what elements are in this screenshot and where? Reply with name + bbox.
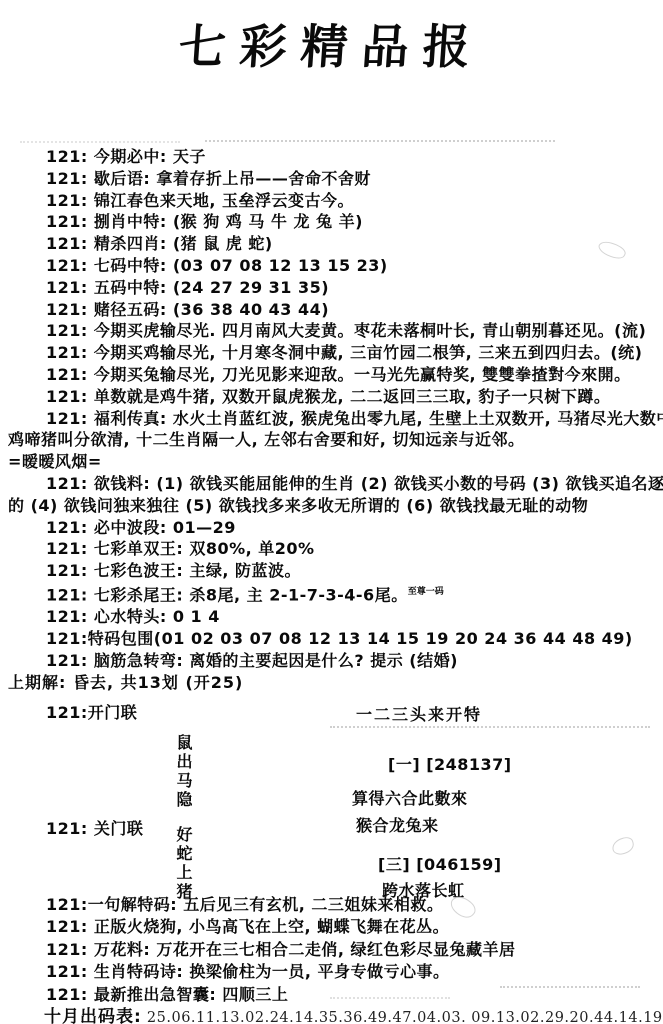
tip-line: 121: 今期买虎输尽光. 四月南风大麦黄。枣花未落桐叶长, 青山朝别暮还见。(… (8, 320, 653, 342)
closing-couplet-headline: 猴合龙兔来 (356, 813, 439, 836)
closing-couplet-label: 121: 关门联 (46, 816, 143, 839)
tip-line: 121:一句解特码: 五后见三有玄机, 二三姐妹来相救。 (8, 894, 653, 916)
tip-line: 121: 七彩单双王: 双80%, 单20% (8, 538, 653, 560)
tip-line: 121: 捌肖中特: (猴 狗 鸡 马 牛 龙 兔 羊) (8, 211, 653, 233)
closing-couplet-code: [三] [046159] (378, 852, 502, 875)
tip-line: 121: 七彩杀尾王: 杀8尾, 主 2-1-7-3-4-6尾。至尊一码 (8, 582, 653, 606)
tip-line: 121: 必中波段: 01—29 (8, 517, 653, 539)
monthly-code-table-row: 十月出码表: 25.06.11.13.02.24.14.35.36.49.47.… (8, 1006, 653, 1024)
tip-line: 鸡啼猪叫分欲清, 十二生肖隔一人, 左邻右舍要和好, 切知远亲与近邻。 (8, 429, 653, 451)
tip-line: 121: 锦江春色来天地, 玉垒浮云变古今。 (8, 190, 653, 212)
tip-line: 121: 七彩色波王: 主绿, 防蓝波。 (8, 560, 653, 582)
section-divider-label: =暧暧风烟= (8, 451, 653, 473)
opening-couplet-label: 121:开门联 (46, 700, 137, 723)
newspaper-page: 七彩精品报 121: 今期必中: 天子 121: 歇后语: 拿着存折上吊——舍命… (0, 0, 663, 1024)
scan-artifact (330, 726, 650, 728)
opening-couplet-vertical-text: 鼠出马隐 (172, 734, 195, 810)
scan-artifact (20, 141, 180, 143)
tip-line: 121: 福利传真: 水火土肖蓝红波, 猴虎兔出零九尾, 生壁上土双数开, 马猪… (8, 408, 653, 430)
monthly-code-table-numbers: 25.06.11.13.02.24.14.35.36.49.47.04.03. … (147, 1010, 663, 1024)
tip-lines-block: 121: 今期必中: 天子 121: 歇后语: 拿着存折上吊——舍命不舍财 12… (8, 146, 653, 671)
tip-line: 121: 赌径五码: (36 38 40 43 44) (8, 299, 653, 321)
scan-artifact (500, 986, 640, 988)
tip-line: 121: 今期必中: 天子 (8, 146, 653, 168)
tip-line: 121: 正版火烧狗, 小鸟高飞在上空, 蝴蝶飞舞在花丛。 (8, 916, 653, 938)
tip-line: 121: 单数就是鸡牛猪, 双数开鼠虎猴龙, 二二返回三三取, 豹子一只树下蹲。 (8, 386, 653, 408)
tip-line-text: 121: 七彩杀尾王: 杀8尾, 主 2-1-7-3-4-6尾。 (46, 585, 408, 604)
closing-couplet-vertical-text: 好蛇上猪 (172, 826, 195, 902)
tip-line: 121: 七码中特: (03 07 08 12 13 15 23) (8, 255, 653, 277)
monthly-code-table-label: 十月出码表: (44, 1007, 142, 1024)
tip-line: 121: 生肖特码诗: 换梁偷柱为一员, 平身专做亏心事。 (8, 961, 653, 983)
tip-line: 121: 五码中特: (24 27 29 31 35) (8, 277, 653, 299)
tip-line: 121: 欲钱料: (1) 欲钱买能屈能伸的生肖 (2) 欲钱买小数的号码 (3… (8, 473, 653, 495)
opening-couplet-headline: 一二三头来开特 (356, 702, 482, 725)
scan-artifact (330, 997, 450, 999)
footer-tip-lines-block: 121:一句解特码: 五后见三有玄机, 二三姐妹来相救。 121: 正版火烧狗,… (8, 894, 653, 1024)
tip-line: 121: 歇后语: 拿着存折上吊——舍命不舍财 (8, 168, 653, 190)
previous-issue-solution: 上期解: 昏去, 共13划 (开25) (8, 670, 243, 693)
tip-line: 的 (4) 欲钱问独来独往 (5) 欲钱找多来多收无所谓的 (6) 欲钱找最无耻… (8, 495, 653, 517)
sup-note: 至尊一码 (408, 587, 444, 597)
tip-line: 121: 心水特头: 0 1 4 (8, 606, 653, 628)
opening-couplet-phrase: 算得六合此數來 (352, 786, 468, 809)
scan-artifact (205, 140, 555, 142)
tip-line: 121: 万花料: 万花开在三七相合二走俏, 绿红色彩尽显兔藏羊居 (8, 939, 653, 961)
tip-line: 121: 精杀四肖: (猪 鼠 虎 蛇) (8, 233, 653, 255)
tip-line: 121: 今期买兔输尽光, 刀光见影来迎敌。一马光先赢特奖, 雙雙拳揸對今來開。 (8, 364, 653, 386)
tip-line: 121:特码包围(01 02 03 07 08 12 13 14 15 19 2… (8, 628, 653, 650)
tip-line: 121: 今期买鸡输尽光, 十月寒冬洞中藏, 三亩竹园二根笋, 三来五到四归去。… (8, 342, 653, 364)
opening-couplet-code: [一] [248137] (388, 752, 512, 775)
couplet-section: 上期解: 昏去, 共13划 (开25) 121:开门联 一二三头来开特 鼠出马隐… (0, 668, 663, 896)
page-title: 七彩精品报 (0, 10, 663, 77)
